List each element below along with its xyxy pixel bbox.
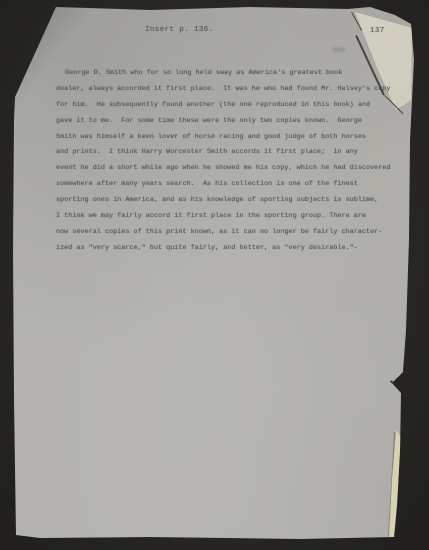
typewritten-page: Insert p. 136. 137 George D. Smith who f… [0, 0, 429, 550]
typed-paragraph: George D. Smith who for so long held swa… [56, 66, 396, 257]
page-number: 137 [370, 27, 385, 35]
typed-line: George D. Smith who for so long held swa… [56, 66, 396, 82]
typed-line: I think we may fairly accord it first pl… [56, 209, 396, 225]
typed-line: somewhere after many years search. As hi… [56, 177, 396, 193]
typed-line: ized as "very scarce," but quite fairly,… [56, 241, 396, 257]
typed-line: for him. He subsequently found another (… [56, 98, 396, 114]
ink-smudge [332, 47, 346, 52]
typed-line: Smith was himself a keen lover of horse … [56, 130, 396, 146]
insert-page-label: Insert p. 136. [145, 26, 214, 34]
typed-line: event he did a short while ago when he s… [56, 161, 396, 177]
photographed-document-scene: Insert p. 136. 137 George D. Smith who f… [0, 0, 429, 550]
typed-line: now several copies of this print known, … [56, 225, 396, 241]
typed-line: sporting ones in America, and as his kno… [56, 193, 396, 209]
typed-line: and prints. I think Harry Worcester Smit… [56, 145, 396, 161]
typed-line: gave it to me. For some time these were … [56, 114, 396, 130]
right-edge-tear [390, 380, 404, 391]
typed-line: dealer, always accorded it first place. … [56, 82, 396, 98]
